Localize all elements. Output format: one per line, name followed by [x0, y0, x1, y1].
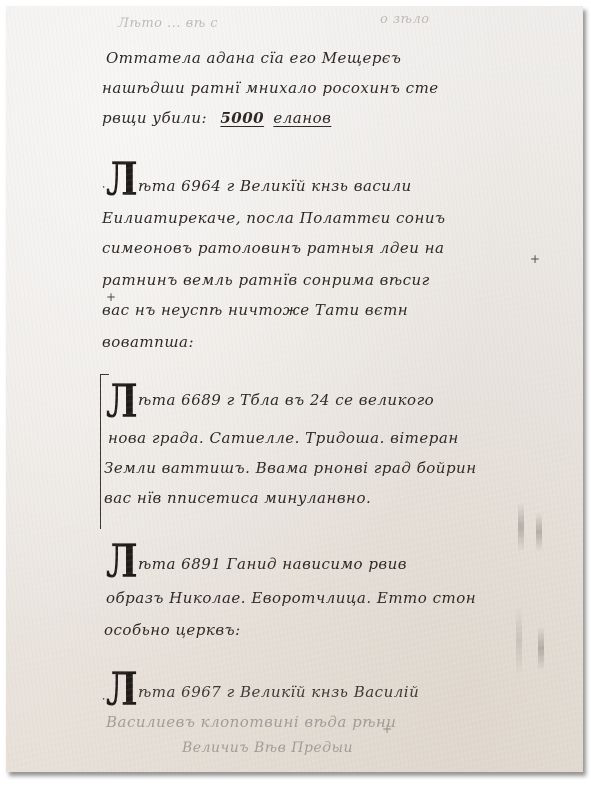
entry-1-line-6: воватпша: — [102, 332, 194, 352]
faint-header-left: Лѣто ... вѣ с — [118, 14, 218, 34]
bleed-through-mark — [538, 626, 544, 671]
margin-tick: ⸱ — [102, 690, 105, 707]
entry-2-line-3: Земли ваттишъ. Ввама рнонві град бойрин — [104, 458, 477, 478]
entry-1-line-3: симеоновъ ратоловинъ ратныя лдеи на — [102, 238, 444, 258]
dropcap-entry-3: Л — [106, 538, 138, 584]
entry-3-line-1: ѣта 6891 Ганид нависимо рвив — [138, 554, 407, 574]
top-passage-line-3-text: рвщи убили: — [102, 109, 207, 127]
margin-tick: ⸱ — [102, 178, 105, 195]
casualty-suffix: еланов — [273, 109, 331, 127]
entry-3-line-3: особьно церквъ: — [104, 620, 241, 640]
entry-4-line-3: Величиъ Вѣв Предыи — [182, 738, 353, 758]
top-passage-line-1: Оттатела адана сїа его Мещерєъ — [106, 48, 401, 68]
entry-2-line-1: ѣта 6689 г Тбла въ 24 се великого — [138, 390, 434, 410]
entry-3-line-2: образъ Николае. Еворотчлица. Етто стон — [106, 588, 476, 608]
top-passage-line-3: рвщи убили: 5000 еланов — [102, 108, 331, 128]
dropcap-entry-2: Л — [106, 378, 138, 424]
bleed-through-mark — [536, 512, 542, 552]
manuscript-page: Лѣто ... вѣ с о зѣло Оттатела адана сїа … — [6, 6, 583, 772]
margin-cross-mark: + — [530, 252, 540, 266]
top-passage-line-2: нашѣдши ратнї мнихало росохинъ сте — [102, 78, 439, 98]
entry-1-line-5: вас нъ неуспѣ ничтоже Тати вєтн — [102, 300, 408, 320]
casualty-count: 5000 — [220, 109, 264, 127]
bleed-through-mark — [518, 502, 524, 552]
entry-4-line-2: Василиевъ клопотвині вѣда рѣни — [106, 712, 396, 732]
bleed-through-mark — [516, 606, 522, 676]
entry-1-line-1: ѣта 6964 г Великїй кнзь васили — [138, 176, 412, 196]
entry-4-line-1: ѣта 6967 г Великїй кнзь Василій — [138, 682, 419, 702]
dropcap-entry-4: Л — [106, 666, 138, 712]
margin-cross-mark: + — [382, 722, 392, 736]
entry-1-line-4: ратнинъ вемль ратнїв сонрима вѣсиг — [102, 270, 430, 290]
faint-header-right: о зѣло — [380, 10, 430, 30]
entry-2-line-2: нова града. Сатиелле. Тридоша. вітеран — [108, 428, 459, 448]
dropcap-entry-1: Л — [106, 156, 138, 202]
entry-2-line-4: вас нїв пписетиса минуланвно. — [104, 488, 371, 508]
entry-1-line-2: Еилиатирекаче, посла Полаттєи сониъ — [102, 208, 445, 228]
